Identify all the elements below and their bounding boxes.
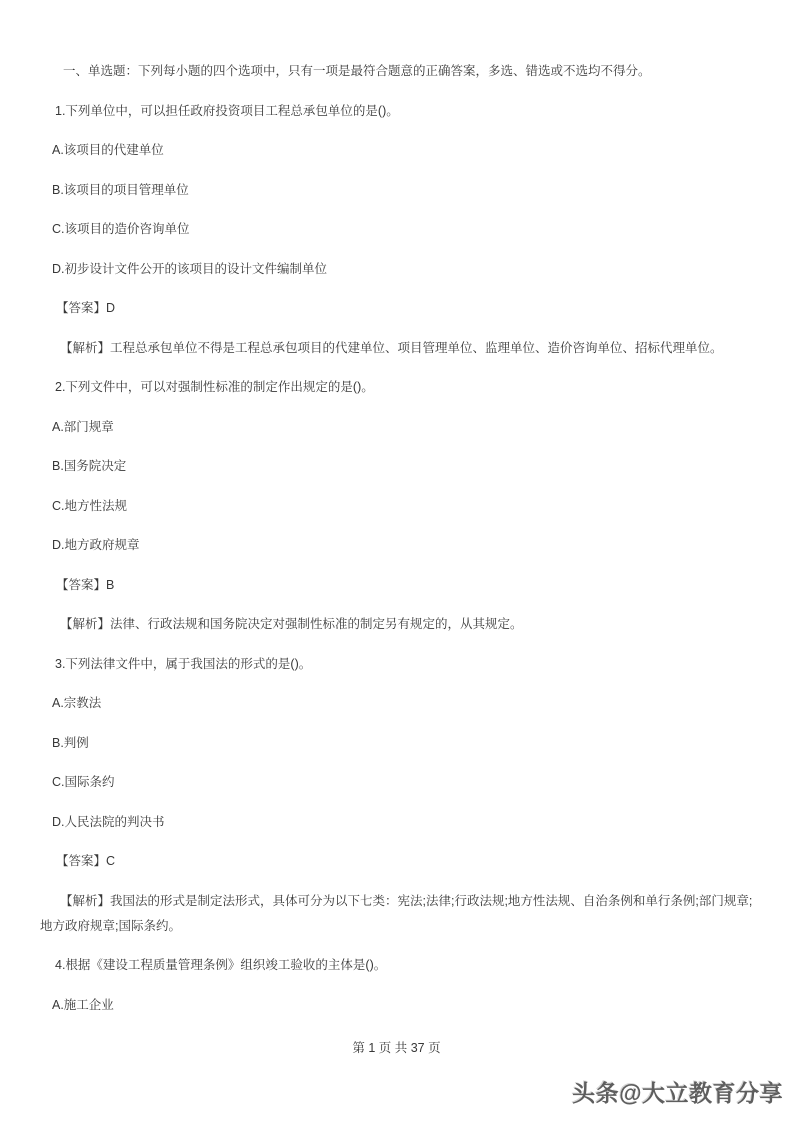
document-page: 一、单选题：下列每小题的四个选项中，只有一项是最符合题意的正确答案，多选、错选或… [0, 0, 793, 1032]
question-4-option-a: A.施工企业 [40, 993, 753, 1018]
question-1-option-d: D.初步设计文件公开的该项目的设计文件编制单位 [40, 257, 753, 282]
question-2-option-a: A.部门规章 [40, 415, 753, 440]
question-1-option-b: B.该项目的项目管理单位 [40, 178, 753, 203]
toutiao-watermark: 头条@大立教育分享 [572, 1079, 783, 1107]
question-1-option-a: A.该项目的代建单位 [40, 138, 753, 163]
question-4-stem: 4.根据《建设工程质量管理条例》组织竣工验收的主体是()。 [40, 953, 753, 978]
question-2-option-b: B.国务院决定 [40, 454, 753, 479]
question-3-option-c: C.国际条约 [40, 770, 753, 795]
question-3-option-b: B.判例 [40, 731, 753, 756]
question-2-option-d: D.地方政府规章 [40, 533, 753, 558]
section-title: 一、单选题：下列每小题的四个选项中，只有一项是最符合题意的正确答案，多选、错选或… [40, 59, 753, 84]
question-3-stem: 3.下列法律文件中，属于我国法的形式的是()。 [40, 652, 753, 677]
question-1-analysis: 【解析】工程总承包单位不得是工程总承包项目的代建单位、项目管理单位、监理单位、造… [40, 336, 753, 361]
question-2-stem: 2.下列文件中，可以对强制性标准的制定作出规定的是()。 [40, 375, 753, 400]
question-2-option-c: C.地方性法规 [40, 494, 753, 519]
question-1-answer: 【答案】D [40, 296, 753, 321]
question-2-analysis: 【解析】法律、行政法规和国务院决定对强制性标准的制定另有规定的，从其规定。 [40, 612, 753, 637]
question-3-option-a: A.宗教法 [40, 691, 753, 716]
question-3-option-d: D.人民法院的判决书 [40, 810, 753, 835]
question-3-analysis: 【解析】我国法的形式是制定法形式，具体可分为以下七类：宪法;法律;行政法规;地方… [40, 889, 753, 939]
question-3-answer: 【答案】C [40, 849, 753, 874]
question-1-stem: 1.下列单位中，可以担任政府投资项目工程总承包单位的是()。 [40, 99, 753, 124]
question-2-answer: 【答案】B [40, 573, 753, 598]
page-number-footer: 第 1 页 共 37 页 [0, 1040, 793, 1056]
question-1-option-c: C.该项目的造价咨询单位 [40, 217, 753, 242]
